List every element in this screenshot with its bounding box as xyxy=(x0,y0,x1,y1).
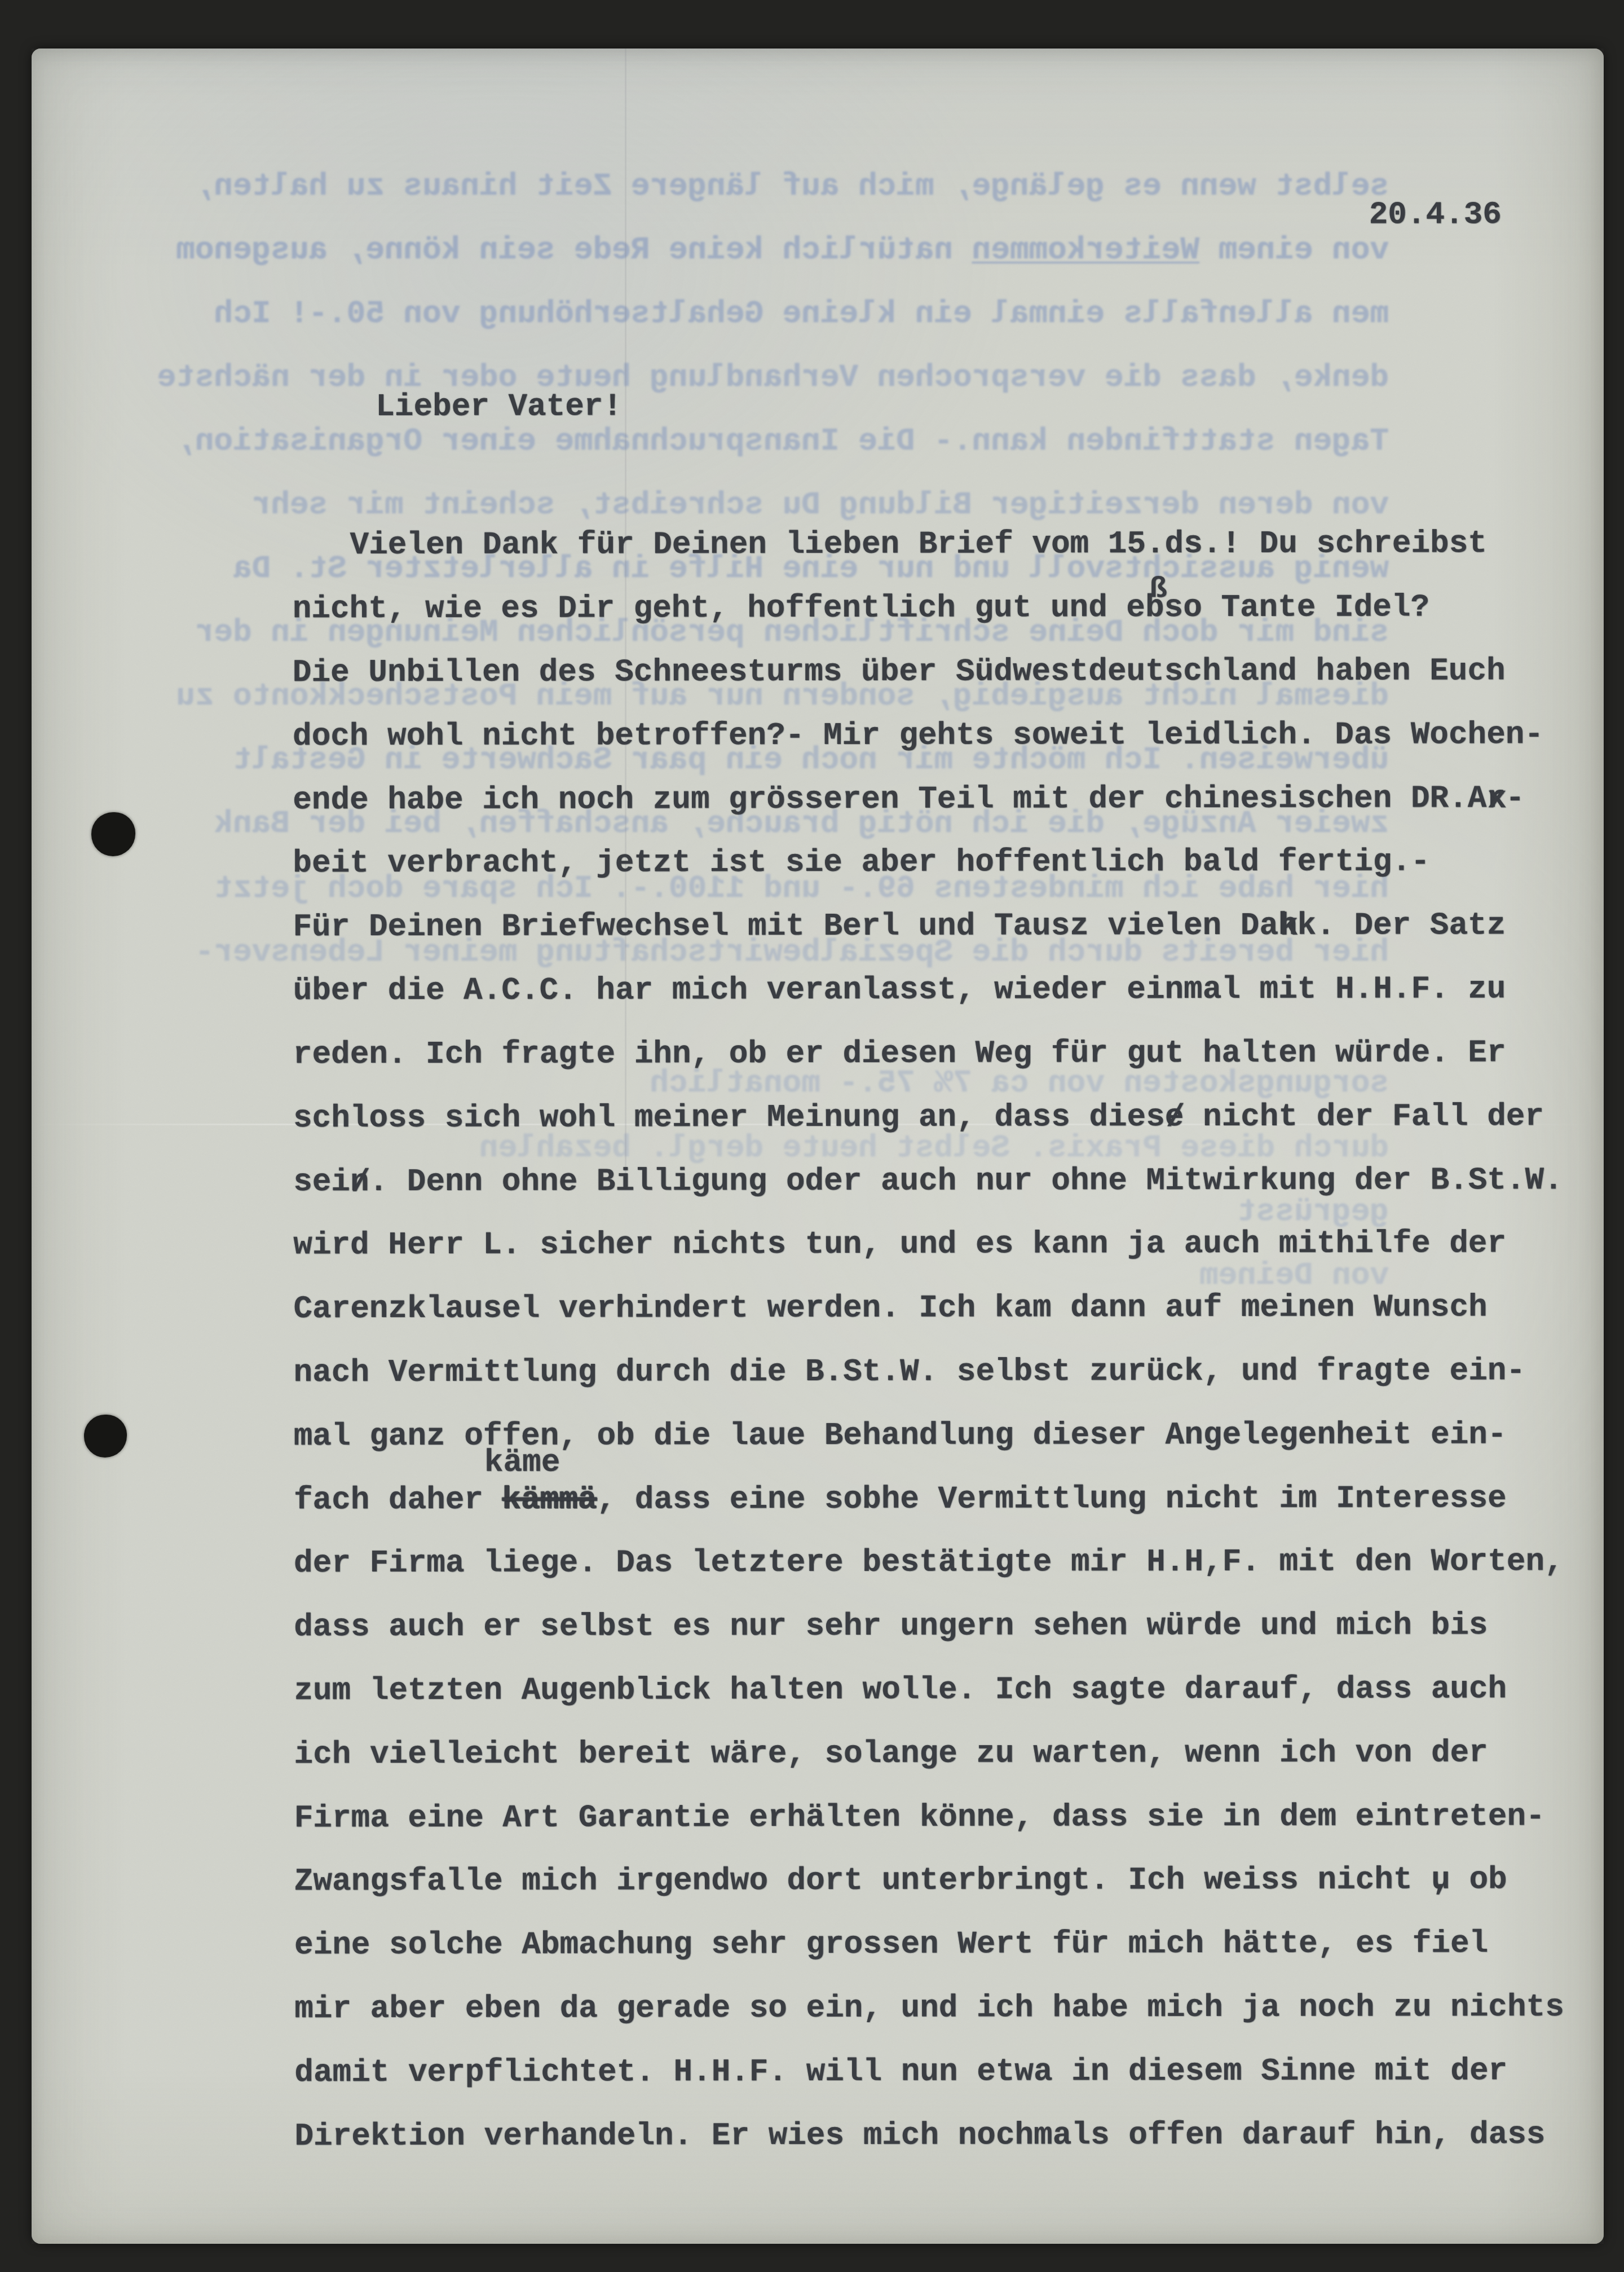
scanned-letter-page: { "page": { "kind": "typewritten letter,… xyxy=(0,0,1624,2272)
punch-hole xyxy=(84,1415,127,1458)
punch-hole xyxy=(91,812,135,856)
punch-holes-layer xyxy=(0,0,1624,2272)
